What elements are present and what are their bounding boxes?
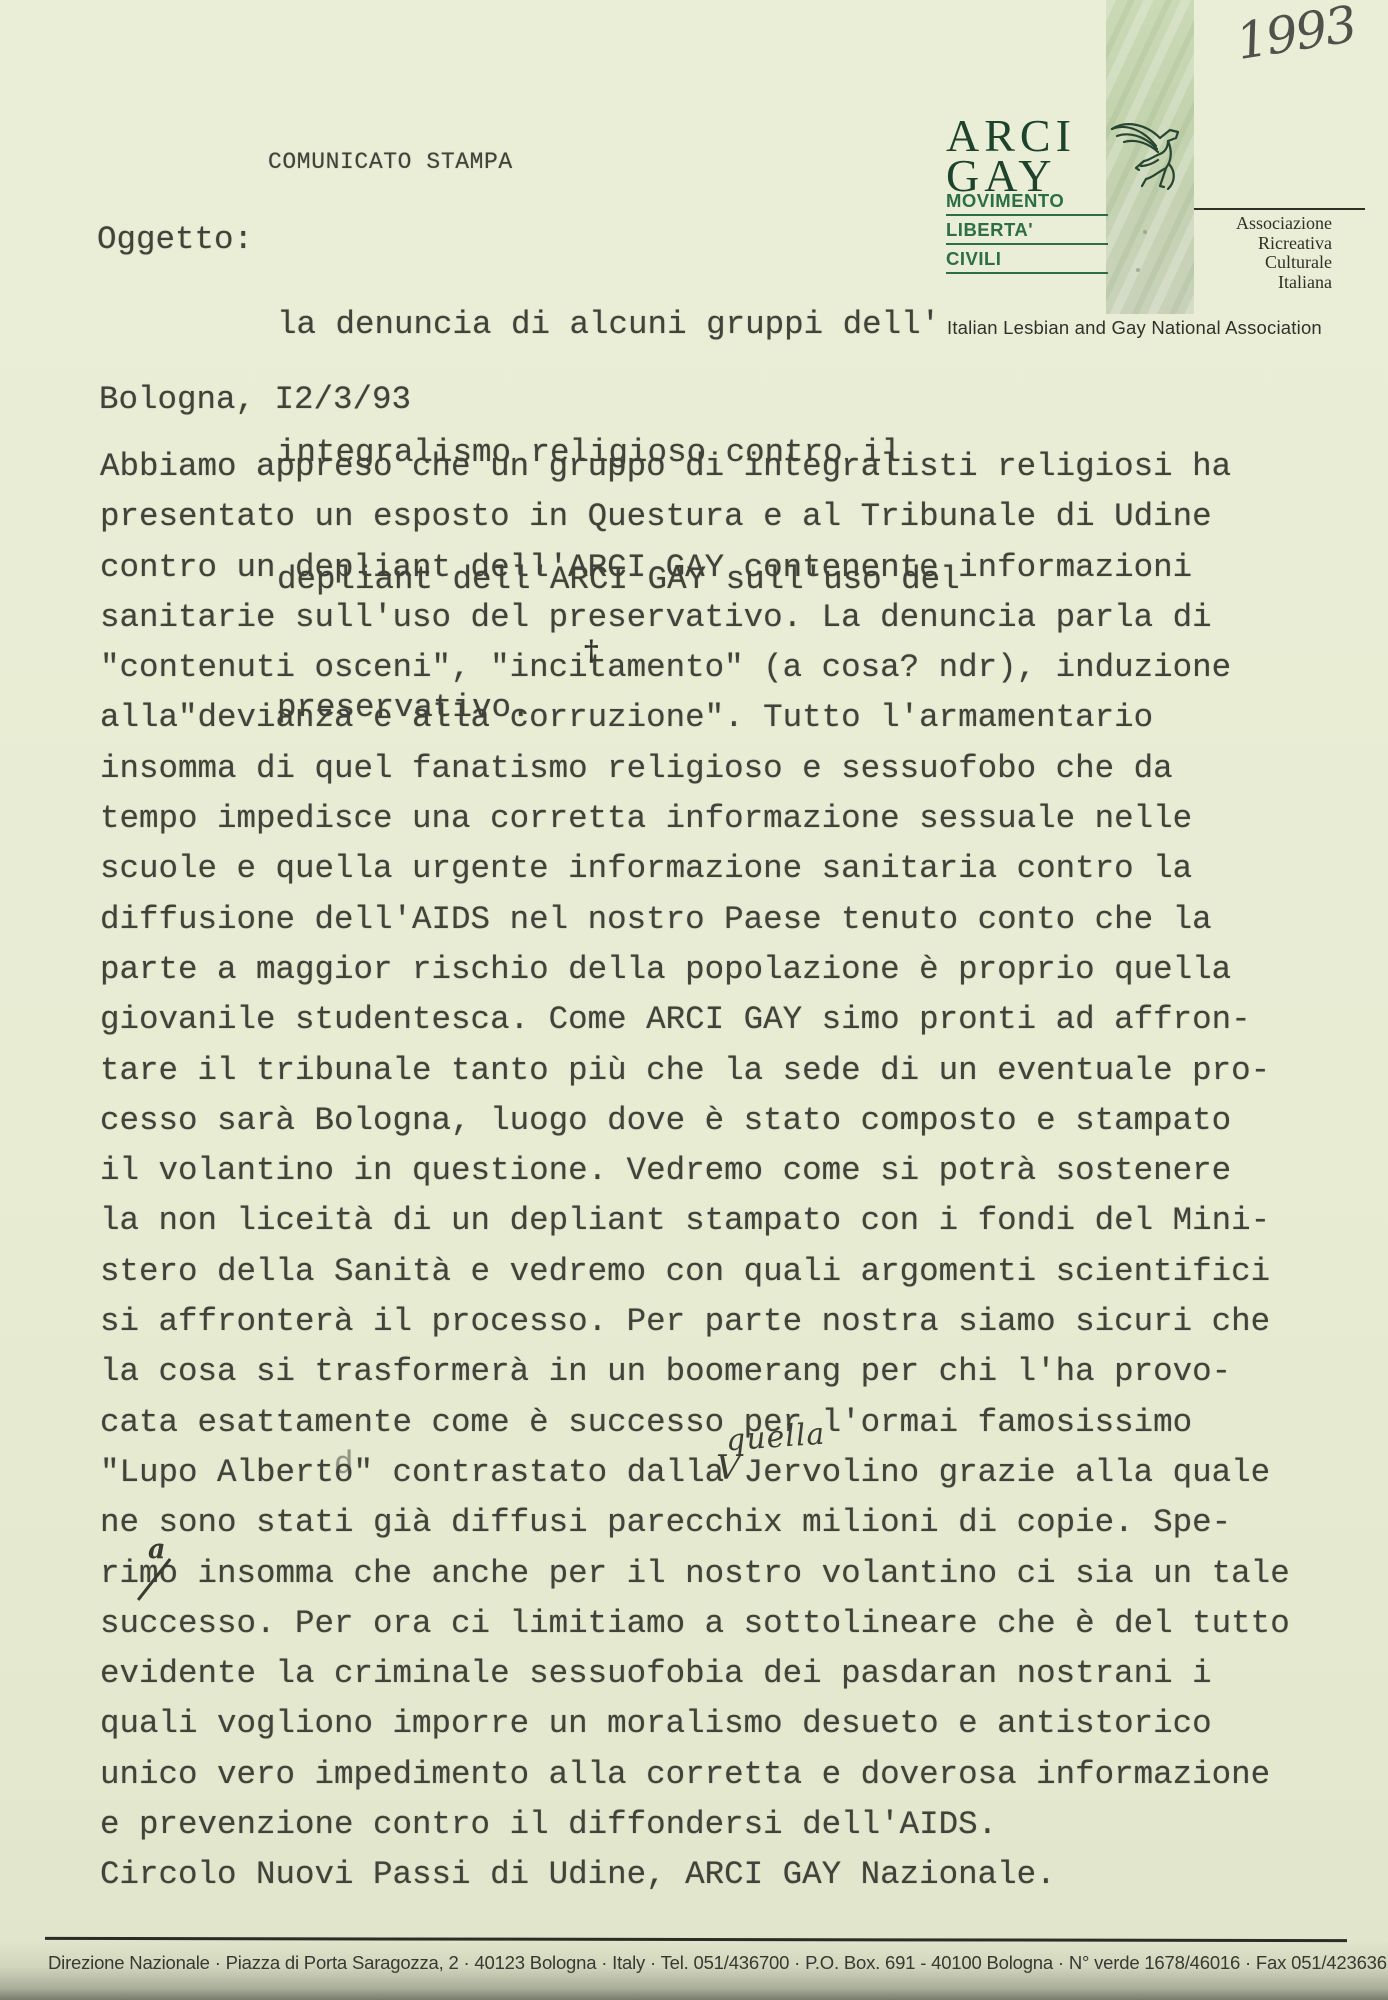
logo-tagline: Italian Lesbian and Gay National Associa… [947, 317, 1322, 339]
body-line: scuole e quella urgente informazione san… [100, 844, 1290, 894]
body-line: unico vero impedimento alla corretta e d… [100, 1750, 1290, 1800]
body-line: ne sono stati già diffusi parecchix mili… [100, 1498, 1290, 1548]
logo-motto: MOVIMENTO LIBERTA' CIVILI [946, 190, 1108, 277]
paper-speck [1143, 230, 1147, 234]
body-line: tare il tribunale tanto più che la sede … [100, 1046, 1290, 1096]
body-line: contro un depliant dell'ARCI GAY contene… [100, 543, 1290, 593]
assoc-line: Ricreativa [1200, 234, 1332, 254]
subject-label: Oggetto: [97, 219, 253, 262]
body-line: successo. Per ora ci limitiamo a sottoli… [100, 1599, 1290, 1649]
body-line: parte a maggior rischio della popolazion… [100, 945, 1290, 995]
body-line: quali vogliono imporre un moralismo desu… [100, 1699, 1290, 1749]
assoc-line: Associazione [1200, 214, 1332, 234]
body-line: "contenuti osceni", "incitamento" (a cos… [100, 643, 1290, 693]
body-line: e prevenzione contro il diffondersi dell… [100, 1800, 1290, 1850]
insertion-caret: V [716, 1448, 741, 1488]
body-line: giovanile studentesca. Come ARCI GAY sim… [100, 995, 1290, 1045]
body-line: "Lupo Alberto" contrastato dalla Jervoli… [100, 1448, 1290, 1498]
association-name: Associazione Ricreativa Culturale Italia… [1200, 214, 1332, 292]
body-text: Abbiamo appreso che un gruppo di integra… [100, 442, 1290, 1901]
assoc-line: Italiana [1200, 273, 1332, 293]
body-line: stero della Sanità e vedremo con quali a… [100, 1247, 1290, 1297]
motto-movimento: MOVIMENTO [946, 190, 1108, 216]
body-line: il volantino in questione. Vedremo come … [100, 1146, 1290, 1196]
motto-liberta: LIBERTA' [946, 219, 1108, 245]
scan-edge-shadow [0, 1940, 1388, 2000]
paper-speck [1136, 268, 1140, 272]
body-line: Abbiamo appreso che un gruppo di integra… [100, 442, 1290, 492]
typed-overstrike-cross: † [584, 634, 599, 667]
overstruck-character: d [334, 1446, 354, 1483]
body-line: diffusione dell'AIDS nel nostro Paese te… [100, 895, 1290, 945]
body-line: alla"devianza e alla corruzione". Tutto … [100, 693, 1290, 743]
motto-civili: CIVILI [946, 248, 1108, 274]
body-line: la cosa si trasformerà in un boomerang p… [100, 1347, 1290, 1397]
body-line: la non liceità di un depliant stampato c… [100, 1196, 1290, 1246]
dateline: Bologna, I2/3/93 [99, 381, 411, 418]
body-line: Circolo Nuovi Passi di Udine, ARCI GAY N… [100, 1850, 1290, 1900]
pegasus-logo-icon [1106, 116, 1194, 196]
body-line: rimo insomma che anche per il nostro vol… [100, 1549, 1290, 1599]
body-line: tempo impedisce una corretta informazion… [100, 794, 1290, 844]
body-line: presentato un esposto in Questura e al T… [100, 492, 1290, 542]
body-line: evidente la criminale sessuofobia dei pa… [100, 1649, 1290, 1699]
press-release-scan: 1993 ARCI GAY MOVIMENTO LIBERTA' CIVILI … [0, 0, 1388, 2000]
handwritten-year: 1993 [1232, 0, 1359, 71]
association-divider-line [1194, 208, 1365, 210]
body-line: cesso sarà Bologna, luogo dove è stato c… [100, 1096, 1290, 1146]
body-line: sanitarie sull'uso del preservativo. La … [100, 593, 1290, 643]
body-line: cata esattamente come è successo per l'o… [100, 1398, 1290, 1448]
body-line: si affronterà il processo. Per parte nos… [100, 1297, 1290, 1347]
assoc-line: Culturale [1200, 253, 1332, 273]
handwritten-insert-a: a [148, 1534, 166, 1565]
subject-line: la denuncia di alcuni gruppi dell' [277, 304, 960, 347]
document-title: COMUNICATO STAMPA [268, 149, 513, 175]
body-line: insomma di quel fanatismo religioso e se… [100, 744, 1290, 794]
